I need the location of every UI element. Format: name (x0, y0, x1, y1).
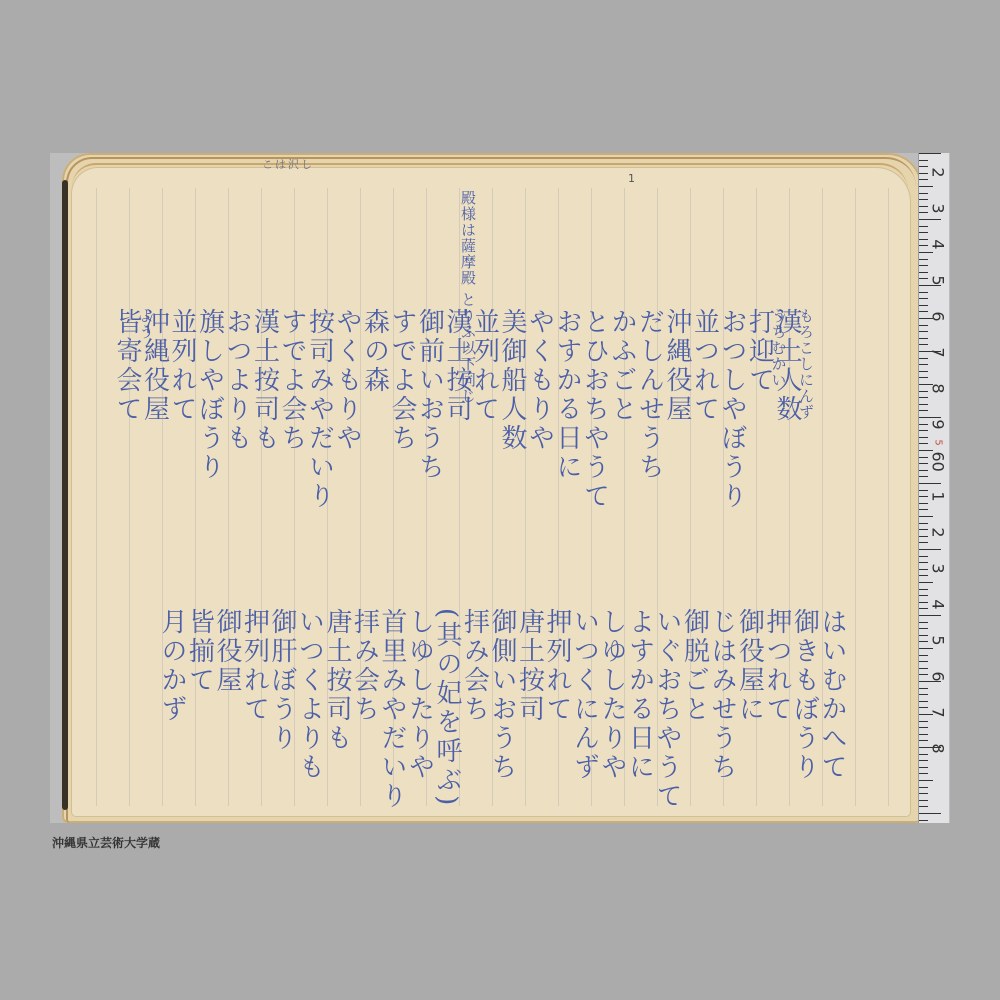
ruler-tick (919, 437, 928, 438)
ruler-tick (919, 160, 928, 161)
verse-line: 拝み会ち (460, 608, 490, 724)
ruler-tick (919, 582, 933, 583)
verse-line: やくもりや (332, 308, 362, 453)
verse-line: 押つれて (762, 608, 792, 724)
ruler-tick (919, 556, 928, 557)
ruler-tick (919, 740, 928, 741)
ruler-label: 4 (929, 596, 948, 614)
ruled-line (558, 188, 559, 806)
ruler-tick (919, 542, 928, 543)
ruler-tick (919, 793, 928, 794)
ruler-tick (919, 569, 928, 570)
ruler-tick (919, 239, 928, 240)
ruler-tick (919, 483, 941, 484)
verse-line: いつくよりも (295, 608, 325, 782)
ruler-label: 5 (929, 632, 948, 650)
ruled-line (129, 188, 130, 806)
ruler-tick (919, 377, 928, 378)
ruler-label: 60 (929, 452, 948, 470)
ruler-tick (919, 721, 928, 722)
ruler-tick (919, 674, 928, 675)
ruler-tick (919, 780, 933, 781)
verse-line: いつくにんず (570, 608, 600, 782)
verse-line: 首里みやだいり (377, 608, 407, 811)
verse-line: とひおちやうて (580, 308, 610, 511)
ruler-label: 3 (929, 560, 948, 578)
ruler-tick (919, 311, 928, 312)
verse-line: 按司みやだいり (305, 308, 335, 511)
ruler-label: 2 (929, 164, 948, 182)
verse-line: 並列れて (167, 308, 197, 424)
ruler-tick (919, 245, 928, 246)
ruler-tick (919, 562, 928, 563)
verse-line: 拝み会ち (350, 608, 380, 724)
verse-line: かふごと (607, 308, 637, 424)
verse-line: 御役屋に (735, 608, 765, 724)
ruler-tick (919, 476, 928, 477)
verse-line: 並列れて (470, 308, 500, 424)
verse-line: 押列れて (542, 608, 572, 724)
ruler-tick (919, 463, 928, 464)
ruler-tick (919, 331, 928, 332)
verse-line: 御役屋 (212, 608, 242, 695)
ruler-tick (919, 661, 928, 662)
ruler-tick (919, 655, 928, 656)
ruler-tick (919, 186, 933, 187)
ruled-line (261, 188, 262, 806)
verse-line: 御前いおうち (415, 308, 445, 482)
ruler-tick (919, 391, 928, 392)
verse-line: おつしやぼうり (717, 308, 747, 511)
ruled-line (591, 188, 592, 806)
verse-line: すでよ会ち (277, 308, 307, 453)
ruler-tick (919, 767, 928, 768)
ruled-line (624, 188, 625, 806)
ruler-tick (919, 701, 928, 702)
ruler-tick (919, 760, 928, 761)
ruled-line (855, 188, 856, 806)
ruled-line (360, 188, 361, 806)
ruler-label: 8 (929, 380, 948, 398)
ruler-tick (919, 212, 928, 213)
verse-line: 皆揃て (185, 608, 215, 695)
ruler-tick (919, 575, 928, 576)
verse-line: しゆしたりや (405, 608, 435, 782)
ruler-tick (919, 344, 928, 345)
ruler-tick (919, 265, 928, 266)
ruled-line (459, 188, 460, 806)
ruler-tick (919, 173, 928, 174)
ruler-tick (919, 325, 928, 326)
ruler-tick (919, 404, 928, 405)
verse-line: 沖縄役屋 (662, 308, 692, 424)
verse-line: 唐土按司 (515, 608, 545, 724)
ruler-tick (919, 602, 928, 603)
ruler-tick (919, 153, 941, 154)
ruler-tick (919, 206, 928, 207)
verse-line: 森の森 (360, 308, 390, 395)
ruler-tick (919, 800, 928, 801)
ruler-tick (919, 806, 928, 807)
ruler-label-red: 5 (933, 434, 944, 452)
verse-line: 漢土按司も (250, 308, 280, 453)
ruler-tick (919, 430, 928, 431)
ruler-tick (919, 773, 928, 774)
ruled-line (195, 188, 196, 806)
ruler-tick (919, 179, 928, 180)
ruler-tick (919, 443, 928, 444)
ruler-tick (919, 523, 928, 524)
ruled-line (789, 188, 790, 806)
ruler-tick (919, 305, 928, 306)
ruler-tick (919, 410, 928, 411)
ruby-annotation: もろこしにんず (798, 308, 814, 420)
verse-line: 押列れて (240, 608, 270, 724)
ruler-tick (919, 193, 928, 194)
ruled-line (393, 188, 394, 806)
ruler-tick (919, 298, 928, 299)
ruler-tick (919, 503, 928, 504)
ruled-line (294, 188, 295, 806)
verse-line: 御脱ごと (680, 608, 710, 724)
verse-line: 旗しやぼうり (195, 308, 225, 482)
verse-line: しゆしたりや (597, 608, 627, 782)
ruler-label: 7 (929, 344, 948, 362)
ruled-line (756, 188, 757, 806)
ruler-tick (919, 622, 928, 623)
ruler-tick (919, 199, 928, 200)
verse-line: 漢土按司 (442, 308, 472, 424)
ruler-label: 6 (929, 308, 948, 326)
verse-line: やくもりや (525, 308, 555, 453)
ruled-line (162, 188, 163, 806)
verse-line: 美御船人数 (497, 308, 527, 453)
ruler-tick (919, 754, 928, 755)
ruler-tick (919, 734, 928, 735)
ruler-tick (919, 278, 928, 279)
ruler-tick (919, 509, 928, 510)
ruled-line (426, 188, 427, 806)
ruler-tick (919, 470, 928, 471)
notebook-binding (62, 180, 68, 810)
ruler-label: 7 (929, 704, 948, 722)
verse-line: おつよりも (222, 308, 252, 453)
verse-line: すでよ会ち (387, 308, 417, 453)
ruler-tick (919, 628, 928, 629)
ruler-label: 2 (929, 524, 948, 542)
scale-ruler: 2345678960123456785 (918, 153, 949, 823)
ruby-annotation: うちむかい (771, 308, 787, 388)
ruled-line (657, 188, 658, 806)
ruler-tick (919, 589, 928, 590)
ruler-label: 9 (929, 416, 948, 434)
ruler-label: 6 (929, 668, 948, 686)
ruled-line (228, 188, 229, 806)
ruler-label: 1 (929, 488, 948, 506)
manuscript-page: こは沢し 1 殿様は薩摩殿 とりふ以下同じ 漢土人数打迎ておつしやぼうり並つれて… (72, 168, 910, 816)
ruler-tick (919, 166, 928, 167)
ruler-tick (919, 338, 928, 339)
ruled-line (525, 188, 526, 806)
ruler-tick (919, 668, 928, 669)
ruler-tick (919, 232, 928, 233)
ruler-tick (919, 457, 928, 458)
ruler-tick (919, 595, 928, 596)
ruled-line (327, 188, 328, 806)
ruled-line (888, 188, 889, 806)
verse-line: 御肝ぼうり (267, 608, 297, 753)
ruler-tick (919, 635, 928, 636)
ruler-tick (919, 820, 928, 821)
ruler-tick (919, 688, 928, 689)
verse-line: おすかる日に (552, 308, 582, 482)
ruler-tick (919, 707, 928, 708)
ruled-line (690, 188, 691, 806)
ruler-tick (919, 496, 928, 497)
verse-line: よすかる日に (625, 608, 655, 782)
ruler-tick (919, 787, 928, 788)
ruler-tick (919, 358, 928, 359)
top-edge-mark: 1 (628, 172, 635, 185)
collection-caption: 沖縄県立芸術大学蔵 (52, 834, 160, 851)
ruler-label: 3 (929, 200, 948, 218)
ruler-tick (919, 490, 928, 491)
ruled-line (492, 188, 493, 806)
verse-line: じはみせうち (707, 608, 737, 782)
verse-line: だしんせうち (635, 308, 665, 482)
ruler-tick (919, 371, 928, 372)
verse-line: 御きもぼうり (790, 608, 820, 782)
ruler-tick (919, 536, 928, 537)
ruler-tick (919, 641, 928, 642)
ruler-tick (919, 694, 928, 695)
ruler-label: 5 (929, 272, 948, 290)
ruler-tick (919, 615, 941, 616)
ruler-tick (919, 516, 933, 517)
ruler-tick (919, 219, 941, 220)
ruler-tick (919, 813, 941, 814)
ruler-tick (919, 226, 928, 227)
ruler-tick (919, 727, 928, 728)
ruler-tick (919, 259, 928, 260)
ruled-line (822, 188, 823, 806)
ruled-line (723, 188, 724, 806)
ruler-tick (919, 549, 941, 550)
top-edge-note: こは沢し (262, 156, 314, 172)
ruler-tick (919, 364, 928, 365)
verse-line: (其の妃を呼ぶ) (432, 608, 462, 808)
ruler-tick (919, 608, 928, 609)
ruler-tick (919, 272, 928, 273)
ruby-annotation: よう (138, 308, 154, 340)
ruler-tick (919, 529, 928, 530)
ruler-label: 4 (929, 236, 948, 254)
ruler-tick (919, 397, 928, 398)
verse-line: 並つれて (690, 308, 720, 424)
ruled-line (96, 188, 97, 806)
ruler-label: 8 (929, 740, 948, 758)
ruler-tick (919, 424, 928, 425)
ruler-tick (919, 292, 928, 293)
